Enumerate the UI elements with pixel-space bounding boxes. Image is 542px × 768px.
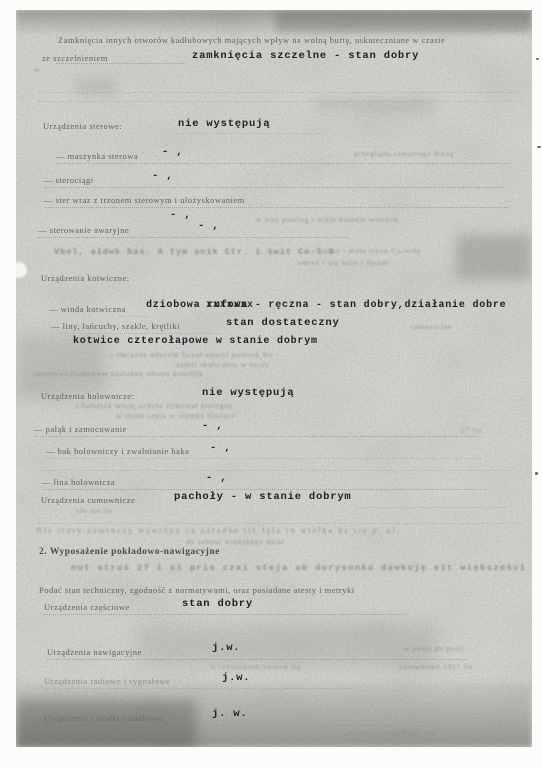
- dotted-rule: [119, 315, 147, 317]
- label-radio-signal-devices: Urządzenia radiowe i sygnałowe: [44, 676, 170, 686]
- punch-hole-spot: [16, 262, 27, 278]
- label-steering-machine: — maszynka sterowa: [56, 151, 138, 161]
- bleedthrough-text: i śmrazna włoczłp liczał znaszł pozłask …: [111, 350, 274, 359]
- form-line-closures: Zamknięcia innych otworów kadłubowych ma…: [58, 35, 445, 45]
- typed-radio-signal-devices: j.w.: [222, 672, 250, 684]
- scanned-page: Zamknięcia innych otworów kadłubowych ma…: [16, 10, 532, 747]
- typed-lifesaving-devices: j. w.: [212, 708, 248, 720]
- dotted-rule: [44, 186, 504, 188]
- typed-towing-bracket: - ,: [202, 420, 223, 432]
- bleedthrough-text: rałnszo-lss: [411, 322, 452, 331]
- label-anchoring-heading: Urządzenia kotwiczne:: [41, 273, 130, 283]
- bleedthrough-text: Nie trasy zamroczy wawrzyn co zaradne li…: [36, 526, 401, 535]
- dotted-rule: [46, 457, 481, 459]
- document-scan: Zamknięcia innych otworów kadłubowych ma…: [0, 0, 542, 768]
- typed-steering-machine: - ,: [162, 146, 183, 158]
- dotted-rule: [356, 506, 506, 508]
- typed-lines-chains-status: stan dostateczny: [226, 317, 340, 329]
- bleedthrough-text: zaleśt ibało dots w łuczy: [176, 360, 270, 369]
- bleedthrough-text: w stosu czyja w słomkę bieżące: [116, 411, 236, 420]
- bleedthrough-text: nut struś 27 i si pris czai steja ub dor…: [71, 563, 526, 573]
- windlass-text-pre: dziobowa: [146, 300, 207, 311]
- section-2-instruction: Podać stan techniczny, zgodność z normat…: [39, 585, 355, 595]
- typed-anchors-note: kotwice czterołapowe w stanie dobrym: [73, 336, 318, 347]
- dotted-rule: [34, 435, 479, 437]
- label-windlass: — winda kotwiczna: [49, 304, 126, 314]
- label-deck-devices: Urządzenia częściowe: [44, 602, 130, 612]
- dotted-rule: [42, 488, 487, 490]
- scan-smudge: [276, 10, 532, 32]
- typed-closures-status: zamknięcia szczelne - stan dobry: [192, 50, 419, 62]
- label-nav-devices: Urządzenia nawigacyjne: [47, 647, 142, 657]
- margin-speck: [537, 146, 541, 148]
- typed-windlass-status: dziobowa rufowaxxxxxxx - ręczna - stan d…: [146, 300, 506, 311]
- margin-speck: [535, 472, 538, 475]
- typed-tow-line: - ,: [206, 472, 227, 484]
- label-towing-heading: Urządzenia holownicze:: [41, 391, 134, 401]
- dotted-rule: [51, 332, 221, 334]
- dotted-rule: [38, 236, 348, 238]
- dotted-rule: [44, 206, 509, 208]
- windlass-struck-word: rufowaxxxxxxx: [207, 300, 248, 311]
- scan-smudge: [16, 10, 532, 36]
- typed-steering-cables: - ,: [152, 170, 173, 182]
- label-steering-heading: Urządzenia sterowe:: [43, 121, 122, 131]
- label-tow-hook: — hak holowniczy i zwalnianie haka: [46, 446, 189, 456]
- dotted-rule: [44, 724, 434, 726]
- typed-nav-devices: j.w.: [212, 642, 240, 654]
- bleedthrough-text: w niej poślizg i nikłe bieżnie wierzch: [256, 215, 398, 224]
- bleedthrough-text: czerwkowe 1911 lis: [399, 662, 473, 671]
- bleedthrough-text: i bałałszy włoję ochyla zlikował kierzgn…: [76, 401, 233, 410]
- bleedthrough-text: 27 lis: [461, 426, 482, 435]
- label-rudder: — ster wraz z trzonem sterowym i ułożysk…: [44, 195, 245, 205]
- typed-emergency-steering: - ,: [198, 220, 219, 232]
- typed-deck-devices: stan dobry: [182, 598, 253, 610]
- dotted-rule: [47, 658, 467, 660]
- label-mooring-heading: Urządzenia cumownicze: [41, 495, 135, 505]
- dotted-rule: [44, 687, 354, 689]
- bleedthrough-text: przeglądu czwartego bieżą: [354, 149, 454, 158]
- bleedthrough-text: Vbel, ałdwk bas. A tym anik Ctr. i świt …: [54, 247, 335, 257]
- label-emergency-steering: — sterowanie awaryjne: [38, 225, 129, 235]
- dotted-rule: [41, 469, 511, 471]
- label-tow-line: — lina holownicza: [42, 477, 115, 487]
- windlass-text-post: - ręczna - stan dobry,działanie dobre: [248, 300, 506, 311]
- bleedthrough-text: w pełni do poili: [404, 644, 464, 653]
- typed-steering-status: nie występują: [178, 118, 270, 130]
- label-towing-bracket: — pałąk i zamocowanie: [34, 424, 127, 434]
- dotted-rule: [38, 100, 516, 102]
- bleedthrough-text: smreż i się łaził i łęczni: [298, 258, 389, 267]
- label-lifesaving-devices: Urządzenia i środki ratunkowe: [44, 713, 163, 723]
- bleedthrough-text: złe sto lis: [76, 506, 113, 515]
- bleedthrough-text: zł storczy wynikami zał: [346, 728, 436, 737]
- dotted-rule: [44, 613, 404, 615]
- typed-tow-hook: - ,: [210, 442, 231, 454]
- overstrike-x: xxxxxxx: [206, 300, 254, 311]
- typed-towing-status: nie występują: [202, 387, 294, 399]
- typed-mooring-status: pachoły - w stanie dobrym: [174, 491, 352, 503]
- scan-smudge: [456, 235, 532, 280]
- section-2-heading: 2. Wyposażenie pokładowo-nawigacyjne: [39, 547, 220, 557]
- typed-rudder: - ,: [170, 209, 191, 221]
- bleedthrough-text: o czyszczone świecę lej: [211, 662, 301, 671]
- bleedthrough-text: okresowi czołowym zażluknę ubiera konsll…: [34, 369, 203, 378]
- bleedthrough-text: czarne i małe trzon Co-wiły: [316, 246, 421, 255]
- dotted-rule: [56, 162, 511, 164]
- dotted-rule: [38, 522, 518, 524]
- dotted-rule: [38, 91, 516, 93]
- label-steering-cables: — sterociągi: [44, 175, 94, 185]
- label-lines-chains: — liny, łańcuchy, szakle, krętliki: [51, 321, 180, 331]
- bleedthrough-text: —: [34, 65, 40, 75]
- bleedthrough-text: do zebrać większego dział: [186, 537, 285, 546]
- dotted-rule: [176, 132, 326, 134]
- margin-speck: [536, 58, 539, 60]
- dotted-rule: [56, 62, 186, 64]
